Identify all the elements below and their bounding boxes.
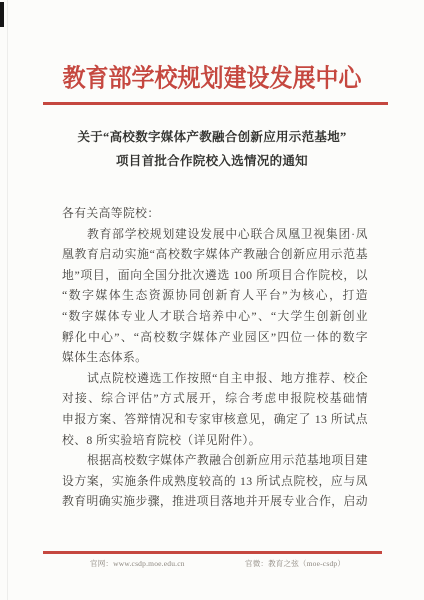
body-line: 对接、综合评估”方式展开，综合考虑申报院校基础情况、 <box>62 388 368 409</box>
document-body: 各有关高等院校：教育部学校规划建设发展中心联合凤凰卫视集团·凤凰教育启动实施“高… <box>62 203 368 512</box>
body-line: 教育明确实施步骤，推进项目落地并开展专业合作，启动 <box>62 491 368 512</box>
document-title-line1: 关于“高校数字媒体产教融合创新应用示范基地” <box>0 125 424 149</box>
body-line: 孵化中心”、“高校数字媒体产业园区”四位一体的数字 <box>62 327 368 348</box>
body-line: 媒体生态体系。 <box>62 347 368 368</box>
footer-website: 官网：www.csdp.moe.edu.cn <box>90 558 185 569</box>
body-line: 各有关高等院校： <box>62 203 368 224</box>
document-title: 关于“高校数字媒体产教融合创新应用示范基地” 项目首批合作院校入选情况的通知 <box>0 125 424 173</box>
footer-rule <box>43 551 382 554</box>
body-line: 教育部学校规划建设发展中心联合凤凰卫视集团·凤 <box>62 224 368 245</box>
scan-artifact-mark <box>0 2 4 27</box>
body-line: 试点院校遴选工作按照“自主申报、地方推荐、校企 <box>62 368 368 389</box>
footer-wechat: 官微：教育之弦（moe-csdp） <box>245 558 345 569</box>
document-page: 教育部学校规划建设发展中心 关于“高校数字媒体产教融合创新应用示范基地” 项目首… <box>0 0 424 600</box>
body-line: 地”项目，面向全国分批次遴选 100 所项目合作院校，以 <box>62 265 368 286</box>
letterhead-org-name: 教育部学校规划建设发展中心 <box>0 61 424 98</box>
document-title-line2: 项目首批合作院校入选情况的通知 <box>0 149 424 173</box>
body-line: 凰教育启动实施“高校数字媒体产教融合创新应用示范基 <box>62 244 368 265</box>
body-line: “数字媒体生态资源协同创新育人平台”为核心，打造 <box>62 285 368 306</box>
body-line: 申报方案、答辩情况和专家审核意见，确定了 13 所试点院 <box>62 409 368 430</box>
letterhead-rule <box>43 102 388 105</box>
body-line: 根据高校数字媒体产教融合创新应用示范基地项目建 <box>62 450 368 471</box>
body-line: “数字媒体专业人才联合培养中心”、“大学生创新创业 <box>62 306 368 327</box>
body-line: 设方案，实施条件成熟度较高的 13 所试点院校，应与凤凰 <box>62 471 368 492</box>
body-line: 校、8 所实验培育院校（详见附件）。 <box>62 430 368 451</box>
